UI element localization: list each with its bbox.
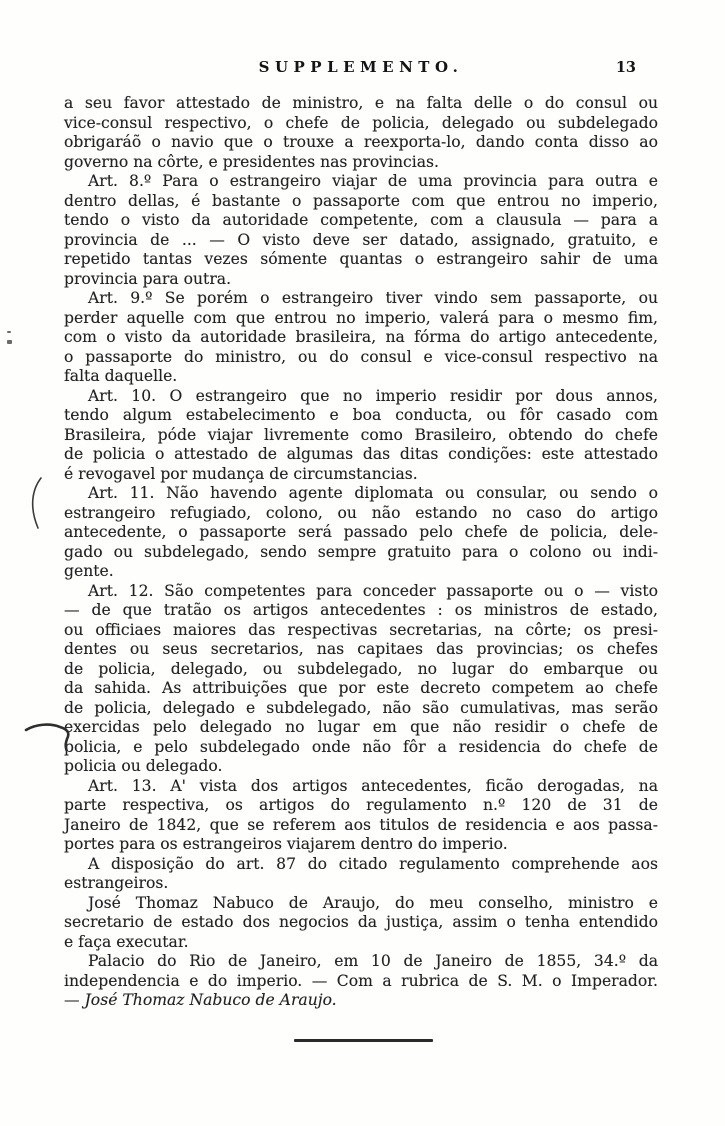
text-line: secretario de estado dos negocios da jus… xyxy=(64,913,658,933)
text-line: Palacio do Rio de Janeiro, em 10 de Jane… xyxy=(64,952,658,972)
text-line: vice-consul respectivo, o chefe de polic… xyxy=(64,114,658,134)
paragraph: Art. 11. Não havendo agente diplomata ou… xyxy=(64,484,658,582)
text-line: repetido tantas vezes sómente quantas o … xyxy=(64,250,658,270)
ink-speck xyxy=(7,331,11,333)
text-line: — José Thomaz Nabuco de Araujo. xyxy=(64,991,658,1011)
text-line: da sahida. As attribuições que por este … xyxy=(64,679,658,699)
paragraph: Art. 8.º Para o estrangeiro viajar de um… xyxy=(64,172,658,289)
page-title: SUPPLEMENTO. xyxy=(64,58,658,76)
text-line: o passaporte do ministro, ou do consul e… xyxy=(64,348,658,368)
page-header: SUPPLEMENTO. 13 xyxy=(64,58,658,82)
text-line: parte respectiva, os artigos do regulame… xyxy=(64,796,658,816)
text-line: perder aquelle com que entrou no imperio… xyxy=(64,309,658,329)
paragraph: Art. 13. A' vista dos artigos antecedent… xyxy=(64,777,658,855)
text-line: estrangeiros. xyxy=(64,874,658,894)
paragraph: Palacio do Rio de Janeiro, em 10 de Jane… xyxy=(64,952,658,1011)
paragraph: Art. 10. O estrangeiro que no imperio re… xyxy=(64,387,658,485)
paragraph: a seu favor attestado de ministro, e na … xyxy=(64,94,658,172)
text-line: provincia para outra. xyxy=(64,270,658,290)
ink-speck xyxy=(7,340,12,344)
text-line: gado ou subdelegado, sendo sempre gratui… xyxy=(64,543,658,563)
text-line: ou officiaes maiores das respectivas sec… xyxy=(64,621,658,641)
text-line: antecedente, o passaporte será passado p… xyxy=(64,523,658,543)
text-line: de policia, delegado, ou subdelegado, no… xyxy=(64,660,658,680)
text-line: tendo algum estabelecimento e boa conduc… xyxy=(64,406,658,426)
text-line: Art. 11. Não havendo agente diplomata ou… xyxy=(64,484,658,504)
text-line: Janeiro de 1842, que se referem aos titu… xyxy=(64,816,658,836)
text-line: de policia, delegado e subdelegado, não … xyxy=(64,699,658,719)
text-line: é revogavel por mudança de circumstancia… xyxy=(64,465,658,485)
paragraph: A disposição do art. 87 do citado regula… xyxy=(64,855,658,894)
page-number: 13 xyxy=(616,59,636,76)
text-line: governo na côrte, e presidentes nas prov… xyxy=(64,153,658,173)
document-page: SUPPLEMENTO. 13 a seu favor attestado de… xyxy=(0,0,725,1126)
text-line: dentro dellas, é bastante o passaporte c… xyxy=(64,192,658,212)
paragraph: José Thomaz Nabuco de Araujo, do meu con… xyxy=(64,894,658,953)
text-line: gente. xyxy=(64,562,658,582)
text-line: e faça executar. xyxy=(64,933,658,953)
text-line: policia, e pelo subdelegado onde não fôr… xyxy=(64,738,658,758)
text-line: a seu favor attestado de ministro, e na … xyxy=(64,94,658,114)
text-line: Art. 10. O estrangeiro que no imperio re… xyxy=(64,387,658,407)
text-line: exercidas pelo delegado no lugar em que … xyxy=(64,718,658,738)
text-line: Art. 8.º Para o estrangeiro viajar de um… xyxy=(64,172,658,192)
text-line: José Thomaz Nabuco de Araujo, do meu con… xyxy=(64,894,658,914)
text-line: falta daquelle. xyxy=(64,367,658,387)
text-line: portes para os estrangeiros viajarem den… xyxy=(64,835,658,855)
text-line: Brasileira, póde viajar livremente como … xyxy=(64,426,658,446)
text-line: estrangeiro refugiado, colono, ou não es… xyxy=(64,504,658,524)
text-line: policia ou delegado. xyxy=(64,757,658,777)
document-body: a seu favor attestado de ministro, e na … xyxy=(64,94,658,1011)
text-line: independencia e do imperio. — Com a rubr… xyxy=(64,972,658,992)
text-line: — de que tratão os artigos antecedentes … xyxy=(64,601,658,621)
text-line: provincia de ... — O visto deve ser data… xyxy=(64,231,658,251)
text-line: obrigaráõ o navio que o trouxe a reexpor… xyxy=(64,133,658,153)
text-line: tendo o visto da autoridade competente, … xyxy=(64,211,658,231)
paragraph: Art. 9.º Se porém o estrangeiro tiver vi… xyxy=(64,289,658,387)
text-line: com o visto da autoridade brasileira, na… xyxy=(64,328,658,348)
text-line: Art. 9.º Se porém o estrangeiro tiver vi… xyxy=(64,289,658,309)
text-line: A disposição do art. 87 do citado regula… xyxy=(64,855,658,875)
end-rule-separator xyxy=(294,1039,433,1042)
text-line: Art. 12. São competentes para conceder p… xyxy=(64,582,658,602)
text-line: de policia o attestado de algumas das di… xyxy=(64,445,658,465)
text-line: Art. 13. A' vista dos artigos antecedent… xyxy=(64,777,658,797)
margin-brace-mark xyxy=(25,476,47,530)
text-line: dentes ou seus secretarios, nas capitaes… xyxy=(64,640,658,660)
paragraph: Art. 12. São competentes para conceder p… xyxy=(64,582,658,777)
